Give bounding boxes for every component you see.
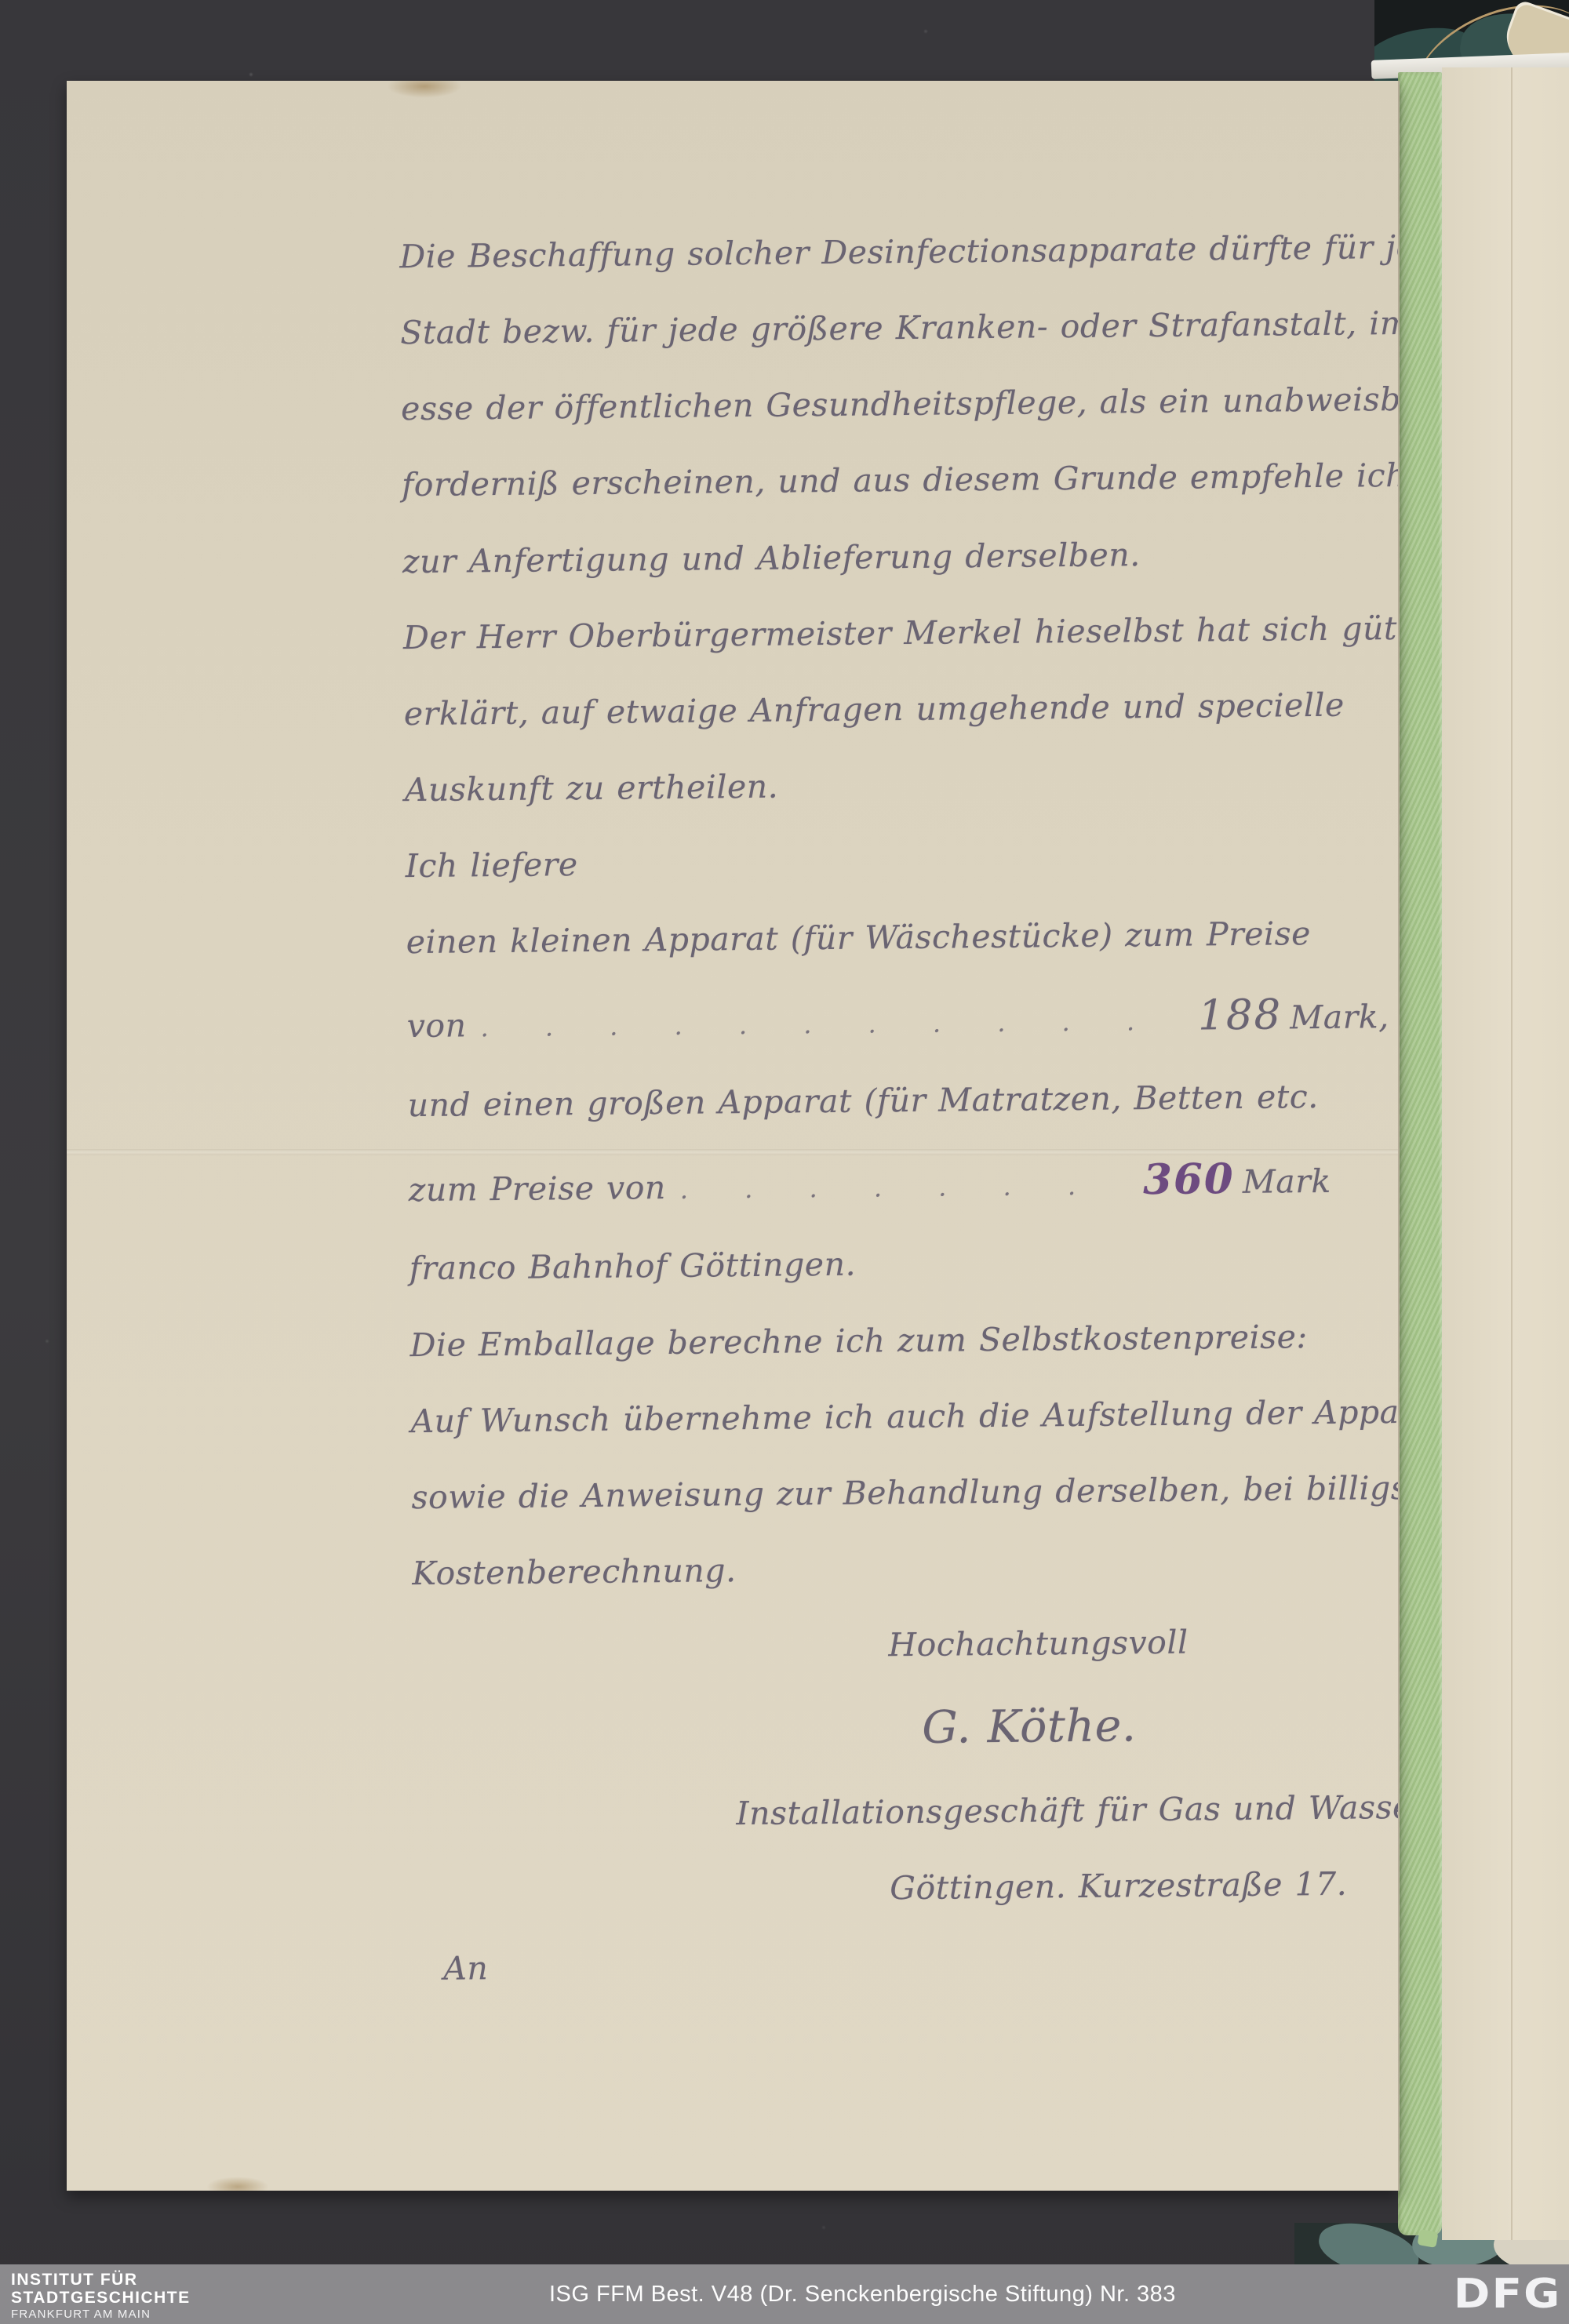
price-label: von — [407, 1008, 467, 1046]
letter-line: sowie die Anweisung zur Behandlung derse… — [411, 1470, 1400, 1516]
letter-line: Auskunft zu ertheilen. — [405, 762, 1400, 809]
offer-small-price-row: von . . . . . . . . . . . . . . 188 Mark… — [406, 991, 1389, 1049]
letter-body: Die Beschaffung solcher Desinfectionsapp… — [399, 229, 1400, 2027]
offer-small-intro: einen kleinen Apparat (für Wäschestücke)… — [406, 915, 1400, 961]
price-amount-small: 188 — [1198, 992, 1283, 1041]
signature: G. Köthe. — [922, 1698, 1400, 1755]
institute-name-line3: FRANKFURT AM MAIN — [11, 2308, 191, 2322]
address-line: Göttingen. Kurzestraße 17. — [890, 1865, 1400, 1908]
delivery-line: franco Bahnhof Göttingen. — [409, 1241, 1400, 1287]
page-edge-line — [1511, 67, 1513, 2240]
letter-line: forderniß erscheinen, und aus diesem Gru… — [402, 457, 1400, 504]
institute-logo-block: INSTITUT FÜR STADTGESCHICHTE FRANKFURT A… — [11, 2271, 191, 2322]
business-line: Installationsgeschäft für Gas und Wasser… — [736, 1789, 1400, 1832]
price-label: zum Preise von — [409, 1169, 667, 1209]
letter-line: zur Anfertigung und Ablieferung derselbe… — [402, 533, 1400, 580]
archive-footer-bar: INSTITUT FÜR STADTGESCHICHTE FRANKFURT A… — [0, 2264, 1569, 2324]
dotted-leader: . . . . . . . . . . . . . . — [480, 1007, 1184, 1042]
letter-line: esse der öffentlichen Gesundheitspflege,… — [401, 381, 1400, 427]
addressee-start: An — [443, 1941, 1400, 1988]
letter-line: Kostenberechnung. — [412, 1546, 1400, 1592]
letter-line: erklärt, auf etwaige Anfragen umgehende … — [404, 686, 1400, 733]
letter-line: Der Herr Oberbürgermeister Merkel hiesel… — [403, 610, 1400, 656]
dfg-logo: DFG — [1453, 2271, 1561, 2318]
green-binding-strip — [1398, 72, 1442, 2235]
letter-line: Die Emballage berechne ich zum Selbstkos… — [410, 1317, 1400, 1363]
price-amount-large: 360 — [1143, 1156, 1235, 1205]
offer-large-price-row: zum Preise von . . . . . . . . . . . . 3… — [408, 1155, 1331, 1211]
institute-name-line2: STADTGESCHICHTE — [11, 2289, 191, 2307]
closing-formula: Hochachtungsvoll — [888, 1622, 1400, 1664]
binding-strip-end — [1417, 2229, 1438, 2248]
archival-scan: { "colors": { "background": "#3b3a3d", "… — [0, 0, 1569, 2324]
paper-stain — [206, 2177, 269, 2191]
currency-label: Mark, — [1290, 999, 1389, 1037]
offer-large-intro: und einen großen Apparat (für Matratzen,… — [407, 1078, 1400, 1124]
institute-name-line1: INSTITUT FÜR — [11, 2271, 191, 2289]
letter-line: Ich liefere — [406, 838, 1400, 885]
archive-reference: ISG FFM Best. V48 (Dr. Senckenbergische … — [549, 2282, 1176, 2308]
letter-line: Die Beschaffung solcher Desinfectionsapp… — [399, 229, 1400, 275]
letter-line: Auf Wunsch übernehme ich auch die Aufste… — [410, 1394, 1400, 1440]
dotted-leader: . . . . . . . . . . . . — [680, 1172, 1130, 1205]
paper-stain — [387, 81, 462, 98]
currency-label: Mark — [1243, 1163, 1331, 1201]
underlying-page — [1442, 67, 1569, 2240]
letter-page: Die Beschaffung solcher Desinfectionsapp… — [67, 81, 1400, 2191]
letter-line: Stadt bezw. für jede größere Kranken- od… — [400, 305, 1400, 351]
